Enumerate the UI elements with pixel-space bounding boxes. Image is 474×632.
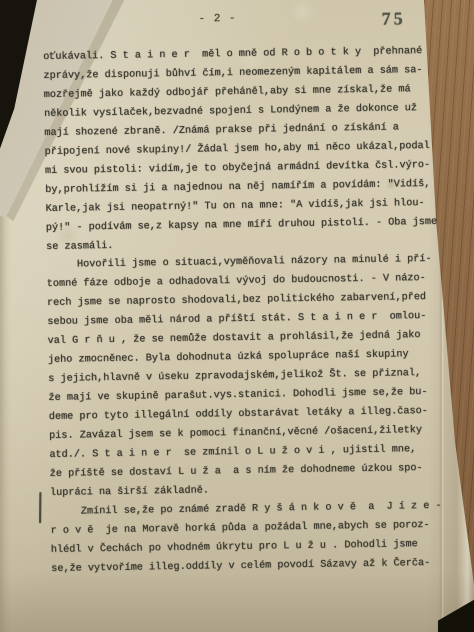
typed-content-layer: - 2 - 75 oťukávali. S t a i n e r měl o …	[0, 0, 474, 632]
archival-stamp-number: 75	[381, 8, 405, 29]
margin-pen-mark	[39, 492, 42, 523]
typed-body: oťukávali. S t a i n e r měl o mně od R …	[43, 43, 443, 580]
page-number-marker: - 2 -	[198, 13, 236, 26]
